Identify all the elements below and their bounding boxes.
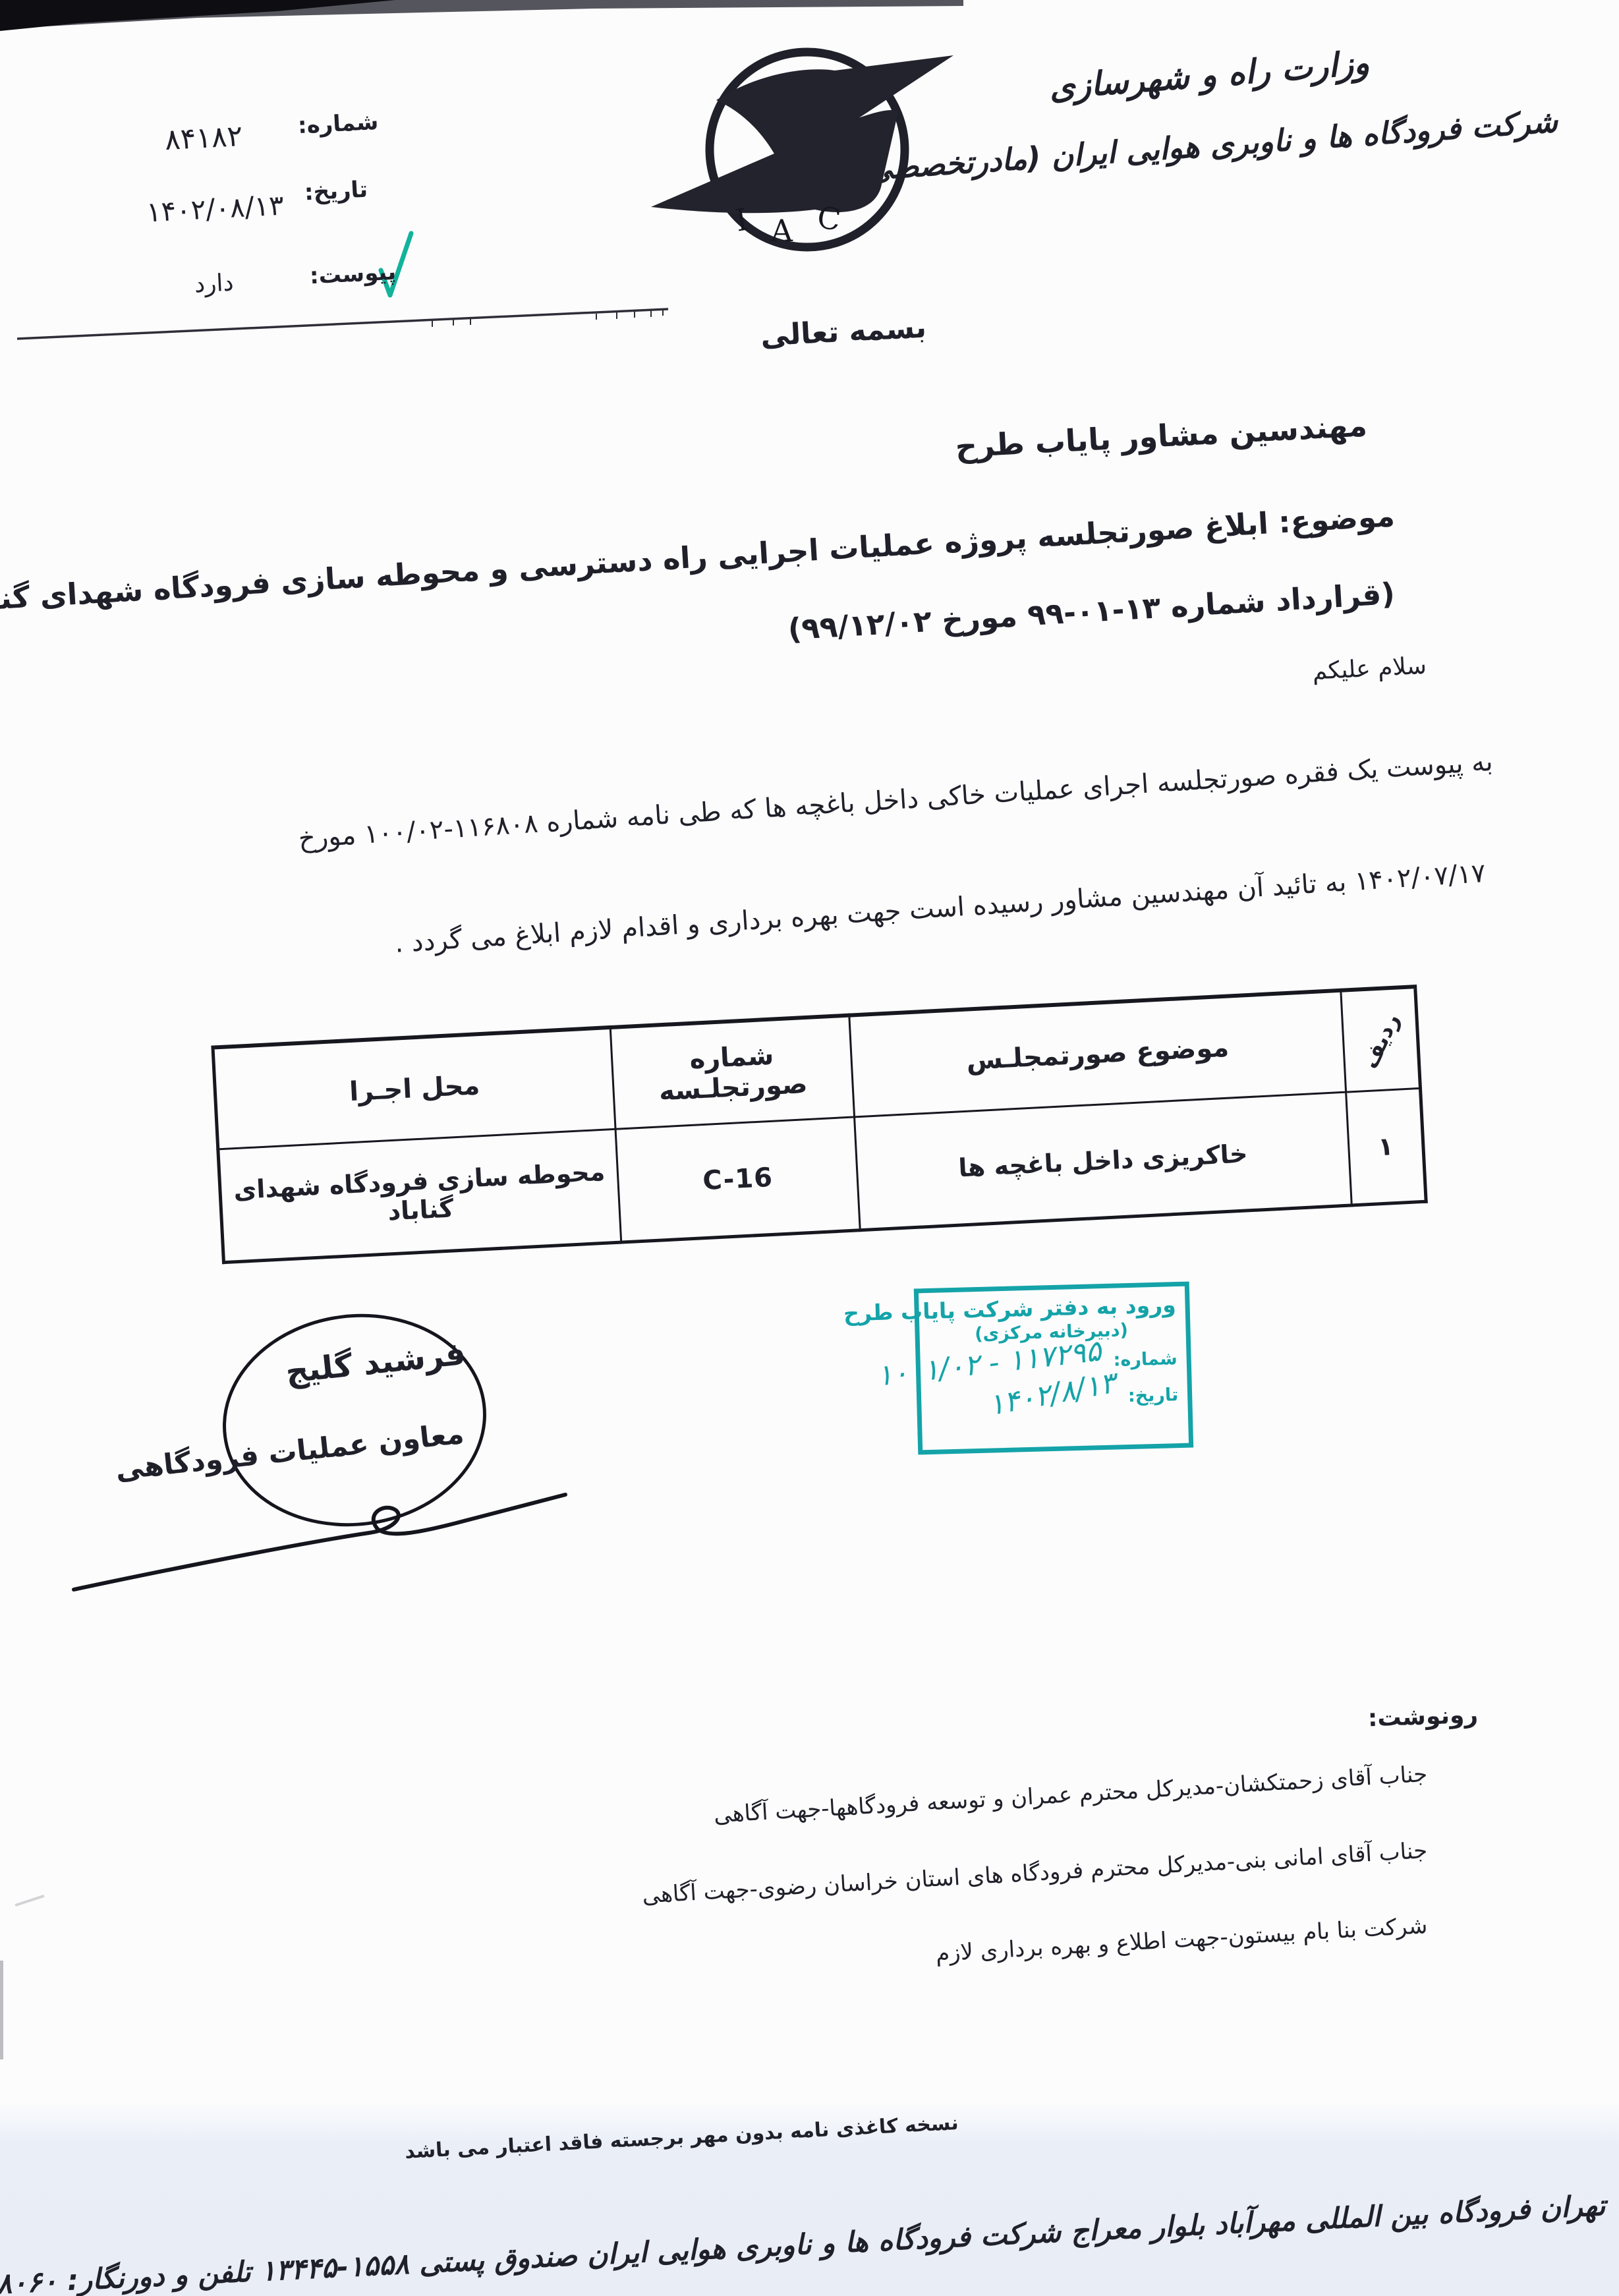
stamp-date-row: تاریخ: ۱۴۰۲/۸/۱۳ <box>928 1385 1179 1414</box>
scan-line-ticks <box>432 310 663 327</box>
letterhead-ministry: وزارت راه و شهرسازی <box>1014 41 1405 109</box>
header-row-number: ردیف <box>1341 987 1420 1092</box>
date-value: ۱۴۰۲/۰۸/۱۳ <box>146 189 285 229</box>
besmele-heading: بسمه تعالی <box>751 310 936 354</box>
body-paragraph: به پیوست یک فقره صورتجلسه اجرای عملیات خ… <box>87 706 1503 1018</box>
scan-left-edge-mark <box>0 1961 3 2059</box>
minutes-table-wrap: ردیف موضوع صورتمجلـس شماره صورتجلـسه محل… <box>211 985 1427 1264</box>
number-label: شماره: <box>297 109 379 139</box>
cc-label: رونوشت: <box>1349 1702 1478 1733</box>
logo-letter-a: A <box>770 213 793 248</box>
salutation: سلام علیکم <box>1268 652 1427 688</box>
cell-minutes-number: C-16 <box>615 1117 860 1242</box>
cell-subject: خاکریزی داخل باغچه ها <box>854 1092 1351 1230</box>
scan-top-band <box>0 0 963 29</box>
scan-smudge <box>15 1895 45 1907</box>
minutes-table: ردیف موضوع صورتمجلـس شماره صورتجلـسه محل… <box>211 985 1427 1264</box>
number-value: ۸۴۱۸۲ <box>164 119 244 157</box>
cc-item-2: جناب آقای امانی بنی-مدیرکل محترم فرودگاه… <box>726 1837 1429 1904</box>
attachment-label: پیوست: <box>309 259 397 290</box>
scanned-letter-page: وزارت راه و شهرسازی شرکت فرودگاه ها و نا… <box>0 0 1619 2296</box>
date-label: تاریخ: <box>304 177 368 206</box>
entry-stamp: ورود به دفتر شرکت پایاب طرح (دبیرخانه مر… <box>914 1282 1193 1455</box>
header-minutes-number: شماره صورتجلـسه <box>611 1016 855 1130</box>
iac-logo-icon: I A C <box>642 41 972 265</box>
recipient-line: مهندسین مشاور پایاب طرح <box>1017 407 1368 461</box>
logo-letter-c: C <box>815 199 843 238</box>
cell-row-number: ۱ <box>1346 1088 1426 1205</box>
cc-item-3: شرکت بنا بام بیستون-جهت اطلاع و بهره برد… <box>884 1912 1428 1970</box>
stamp-date-label: تاریخ: <box>1128 1385 1179 1406</box>
stamp-number-label: شماره: <box>1113 1348 1178 1371</box>
scan-top-wedge <box>0 0 395 31</box>
attachment-value: دارد <box>194 269 235 298</box>
cell-location: محوطه سازی فرودگاه شهدای گناباد <box>218 1129 621 1262</box>
letterhead-company: شرکت فرودگاه ها و ناوبری هوایی ایران (ما… <box>892 103 1558 185</box>
signature-line <box>74 1495 565 1590</box>
subject-line-2: (قرارداد شماره ۱۳-۰۱-۹۹ مورخ ۹۹/۱۲/۰۲) <box>617 576 1396 657</box>
header-location: محل اجـرا <box>213 1027 615 1149</box>
scan-diagonal-line <box>17 309 668 339</box>
cc-item-1: جناب آقای زحمتکشان-مدیرکل محترم عمران و … <box>776 1761 1429 1825</box>
